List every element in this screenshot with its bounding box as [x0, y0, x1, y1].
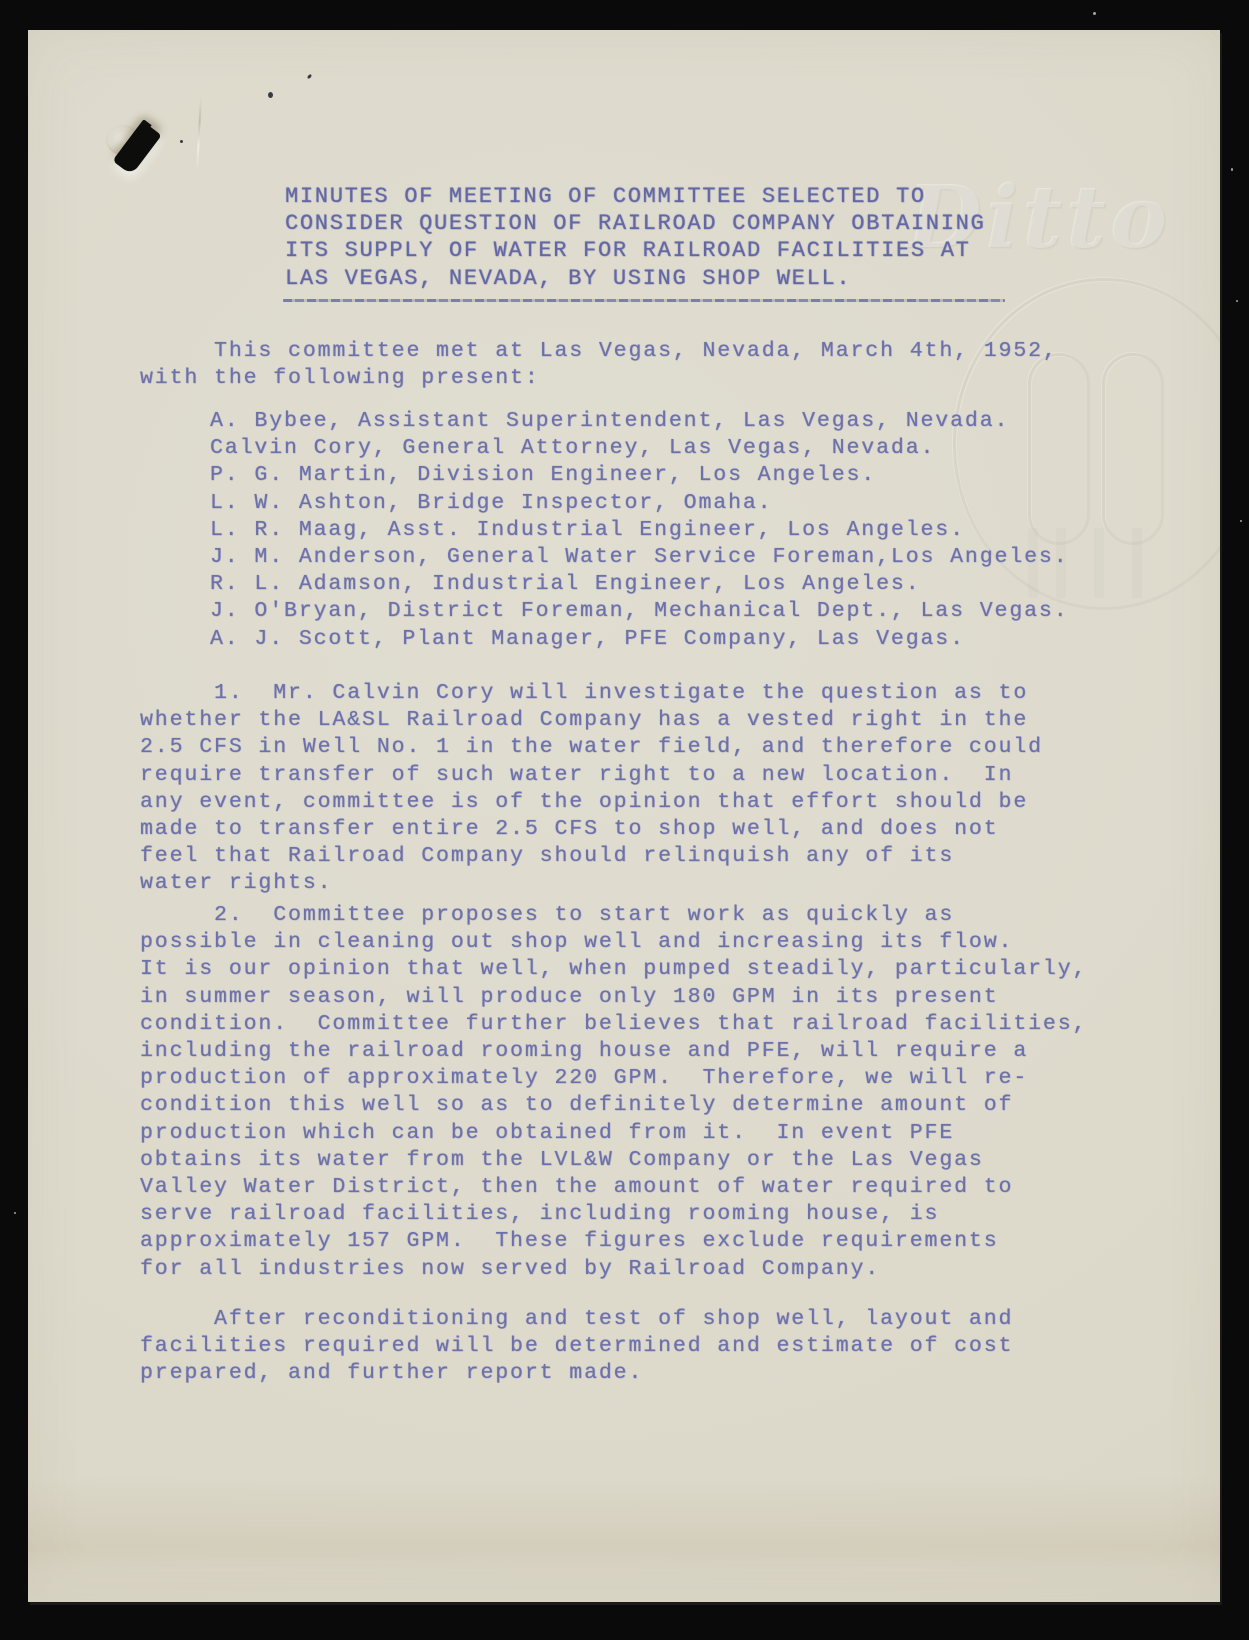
attendee-line: Calvin Cory, General Attorney, Las Vegas…	[210, 435, 1069, 462]
ink-speck	[180, 140, 183, 143]
attendee-line: A. Bybee, Assistant Superintendent, Las …	[210, 408, 1069, 435]
attendee-line: P. G. Martin, Division Engineer, Los Ang…	[210, 462, 1069, 489]
document-page: Ditto MINUTES OF MEETING OF COMMITTEE SE…	[28, 30, 1220, 1602]
dust-speck	[1093, 12, 1096, 15]
ink-speck	[307, 74, 313, 80]
attendee-list: A. Bybee, Assistant Superintendent, Las …	[210, 408, 1069, 653]
ink-speck	[268, 92, 273, 98]
paragraph-2: 2. Committee proposes to start work as q…	[140, 902, 1087, 1283]
dust-speck	[1236, 300, 1238, 302]
attendee-line: J. O'Bryan, District Foreman, Mechanical…	[210, 598, 1069, 625]
attendee-line: L. R. Maag, Asst. Industrial Engineer, L…	[210, 517, 1069, 544]
paper-scratch	[196, 98, 202, 170]
title-underline	[283, 299, 1005, 302]
watermark-zero-right	[1102, 353, 1164, 545]
paragraph-3: After reconditioning and test of shop we…	[140, 1306, 1013, 1388]
intro-paragraph: This committee met at Las Vegas, Nevada,…	[140, 338, 1058, 392]
scan-background: Ditto MINUTES OF MEETING OF COMMITTEE SE…	[0, 0, 1249, 1640]
attendee-line: R. L. Adamson, Industrial Engineer, Los …	[210, 571, 1069, 598]
dust-speck	[14, 1212, 16, 1214]
attendee-line: L. W. Ashton, Bridge Inspector, Omaha.	[210, 490, 1069, 517]
attendee-line: J. M. Anderson, General Water Service Fo…	[210, 544, 1069, 571]
dust-speck	[1240, 520, 1242, 522]
attendee-line: A. J. Scott, Plant Manager, PFE Company,…	[210, 626, 1069, 653]
paragraph-1: 1. Mr. Calvin Cory will investigate the …	[140, 680, 1043, 898]
dust-speck	[1231, 168, 1233, 171]
document-title: MINUTES OF MEETING OF COMMITTEE SELECTED…	[285, 183, 985, 292]
